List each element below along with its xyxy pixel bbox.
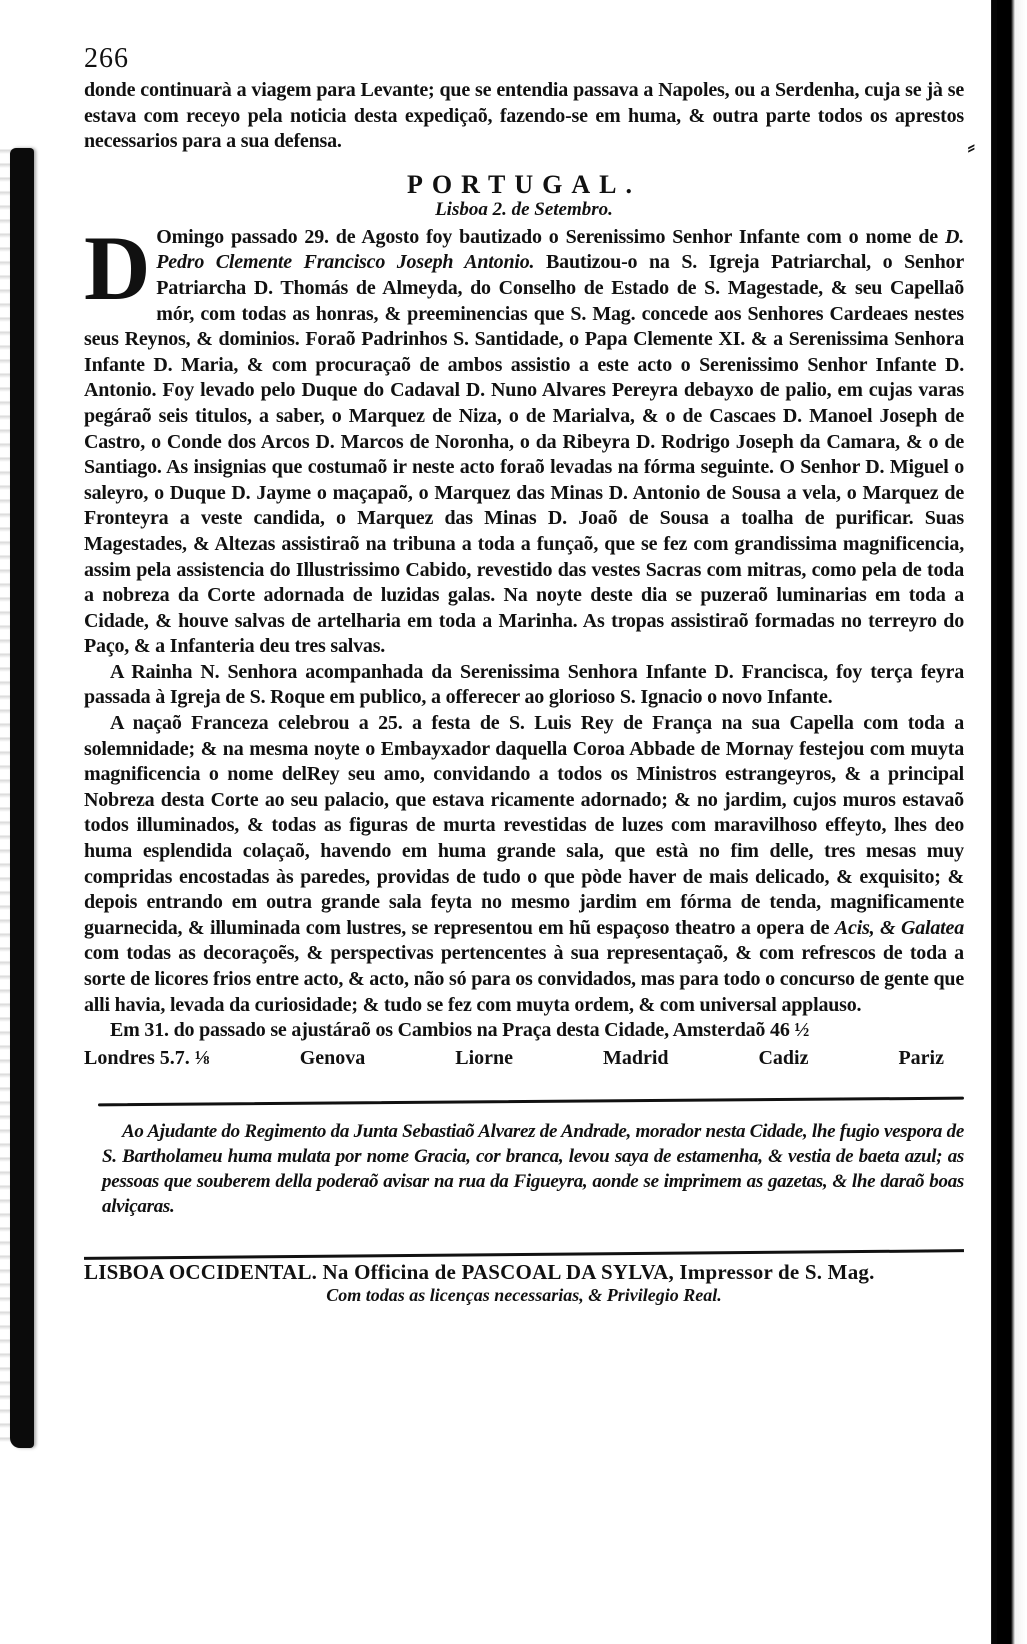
page-number: 266 (84, 44, 964, 74)
continuation-paragraph: donde continuarà a viagem para Levante; … (84, 78, 964, 155)
drop-cap: D (84, 231, 150, 305)
privilege-line: Com todas as licenças necessarias, & Pri… (84, 1284, 964, 1306)
article-queen: A Rainha N. Senhora acompanhada da Seren… (84, 660, 964, 711)
printer-mark: ⸗ (968, 134, 975, 160)
article-exchange: Em 31. do passado se ajustáraõ os Cambio… (84, 1018, 964, 1044)
exchange-rates-row: Londres 5.7. ⅛ Genova Liorne Madrid Cadi… (84, 1046, 964, 1070)
exchange-city: Pariz (898, 1046, 944, 1070)
runaway-notice: Ao Ajudante do Regimento da Junta Sebast… (102, 1119, 964, 1219)
article-text: Bautizou-o na S. Igreja Patriarchal, o S… (84, 251, 964, 657)
article-text: com todas as decoraçoẽs, & perspectivas … (84, 942, 964, 1015)
gazette-page: 266 donde continuarà a viagem para Levan… (84, 44, 964, 1306)
exchange-city: Liorne (455, 1046, 513, 1070)
exchange-city: Madrid (603, 1046, 669, 1070)
opera-title: Acis, & Galatea (835, 917, 964, 939)
article-text: A naçaõ Franceza celebrou a 25. a festa … (84, 712, 964, 939)
article-text: Omingo passado 29. de Agosto foy bautiza… (156, 226, 945, 248)
article-baptism: DOmingo passado 29. de Agosto foy bautiz… (84, 225, 964, 660)
scan-gutter-shadow (10, 148, 34, 1448)
section-divider (98, 1096, 964, 1106)
section-title: PORTUGAL. (84, 171, 964, 199)
exchange-city: Cadiz (758, 1046, 808, 1070)
exchange-city: Genova (300, 1046, 366, 1070)
dateline: Lisboa 2. de Setembro. (84, 199, 964, 221)
article-french-nation: A naçaõ Franceza celebrou a 25. a festa … (84, 711, 964, 1018)
imprint-divider (84, 1249, 964, 1260)
imprint-line: LISBOA OCCIDENTAL. Na Officina de PASCOA… (84, 1260, 964, 1284)
scan-right-edge-line (992, 0, 997, 1644)
exchange-city: Londres 5.7. ⅛ (84, 1046, 210, 1070)
